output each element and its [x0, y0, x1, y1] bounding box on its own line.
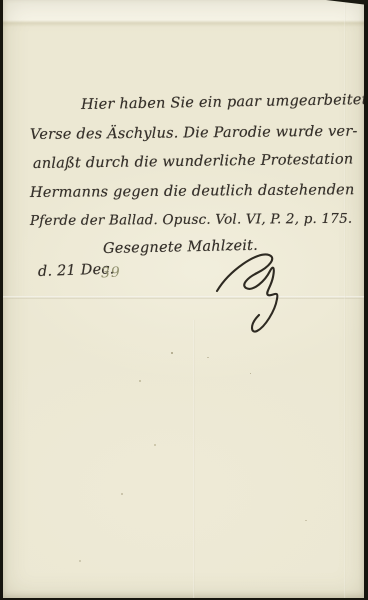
paper-speck: [139, 380, 141, 382]
scan-edge-notch: [326, 0, 368, 5]
paper-speck: [171, 352, 173, 354]
handwritten-line: Hier haben Sie ein paar umgearbeitete: [81, 92, 364, 113]
handwritten-line: anlaßt durch die wunderliche Protestatio…: [33, 152, 354, 172]
handwritten-line: Hermanns gegen die deutlich dastehenden: [30, 182, 355, 201]
paper-speck: [79, 560, 81, 562]
handwritten-line: Verse des Äschylus. Die Parodie wurde ve…: [30, 124, 358, 143]
signature-svg: [213, 247, 305, 341]
archive-number-pencil: 39: [101, 264, 122, 281]
paper-speck: [154, 444, 156, 446]
scanned-letter-page: { "scan": { "paper_color": "#ece8d3", "i…: [0, 0, 368, 600]
paper-speck: [207, 357, 209, 358]
paper-speck: [250, 373, 251, 374]
vertical-crease: [344, 0, 346, 598]
signature-flourish: [213, 247, 305, 341]
paper-speck: [121, 493, 123, 495]
paper-speck: [305, 520, 307, 521]
handwritten-line-citation: Pferde der Ballad. Opusc. Vol. VI, P. 2,…: [30, 211, 352, 229]
letter-paper: Hier haben Sie ein paar umgearbeitete Ve…: [3, 0, 364, 598]
vertical-crease: [193, 320, 195, 598]
horizontal-fold-crease: [3, 296, 364, 299]
